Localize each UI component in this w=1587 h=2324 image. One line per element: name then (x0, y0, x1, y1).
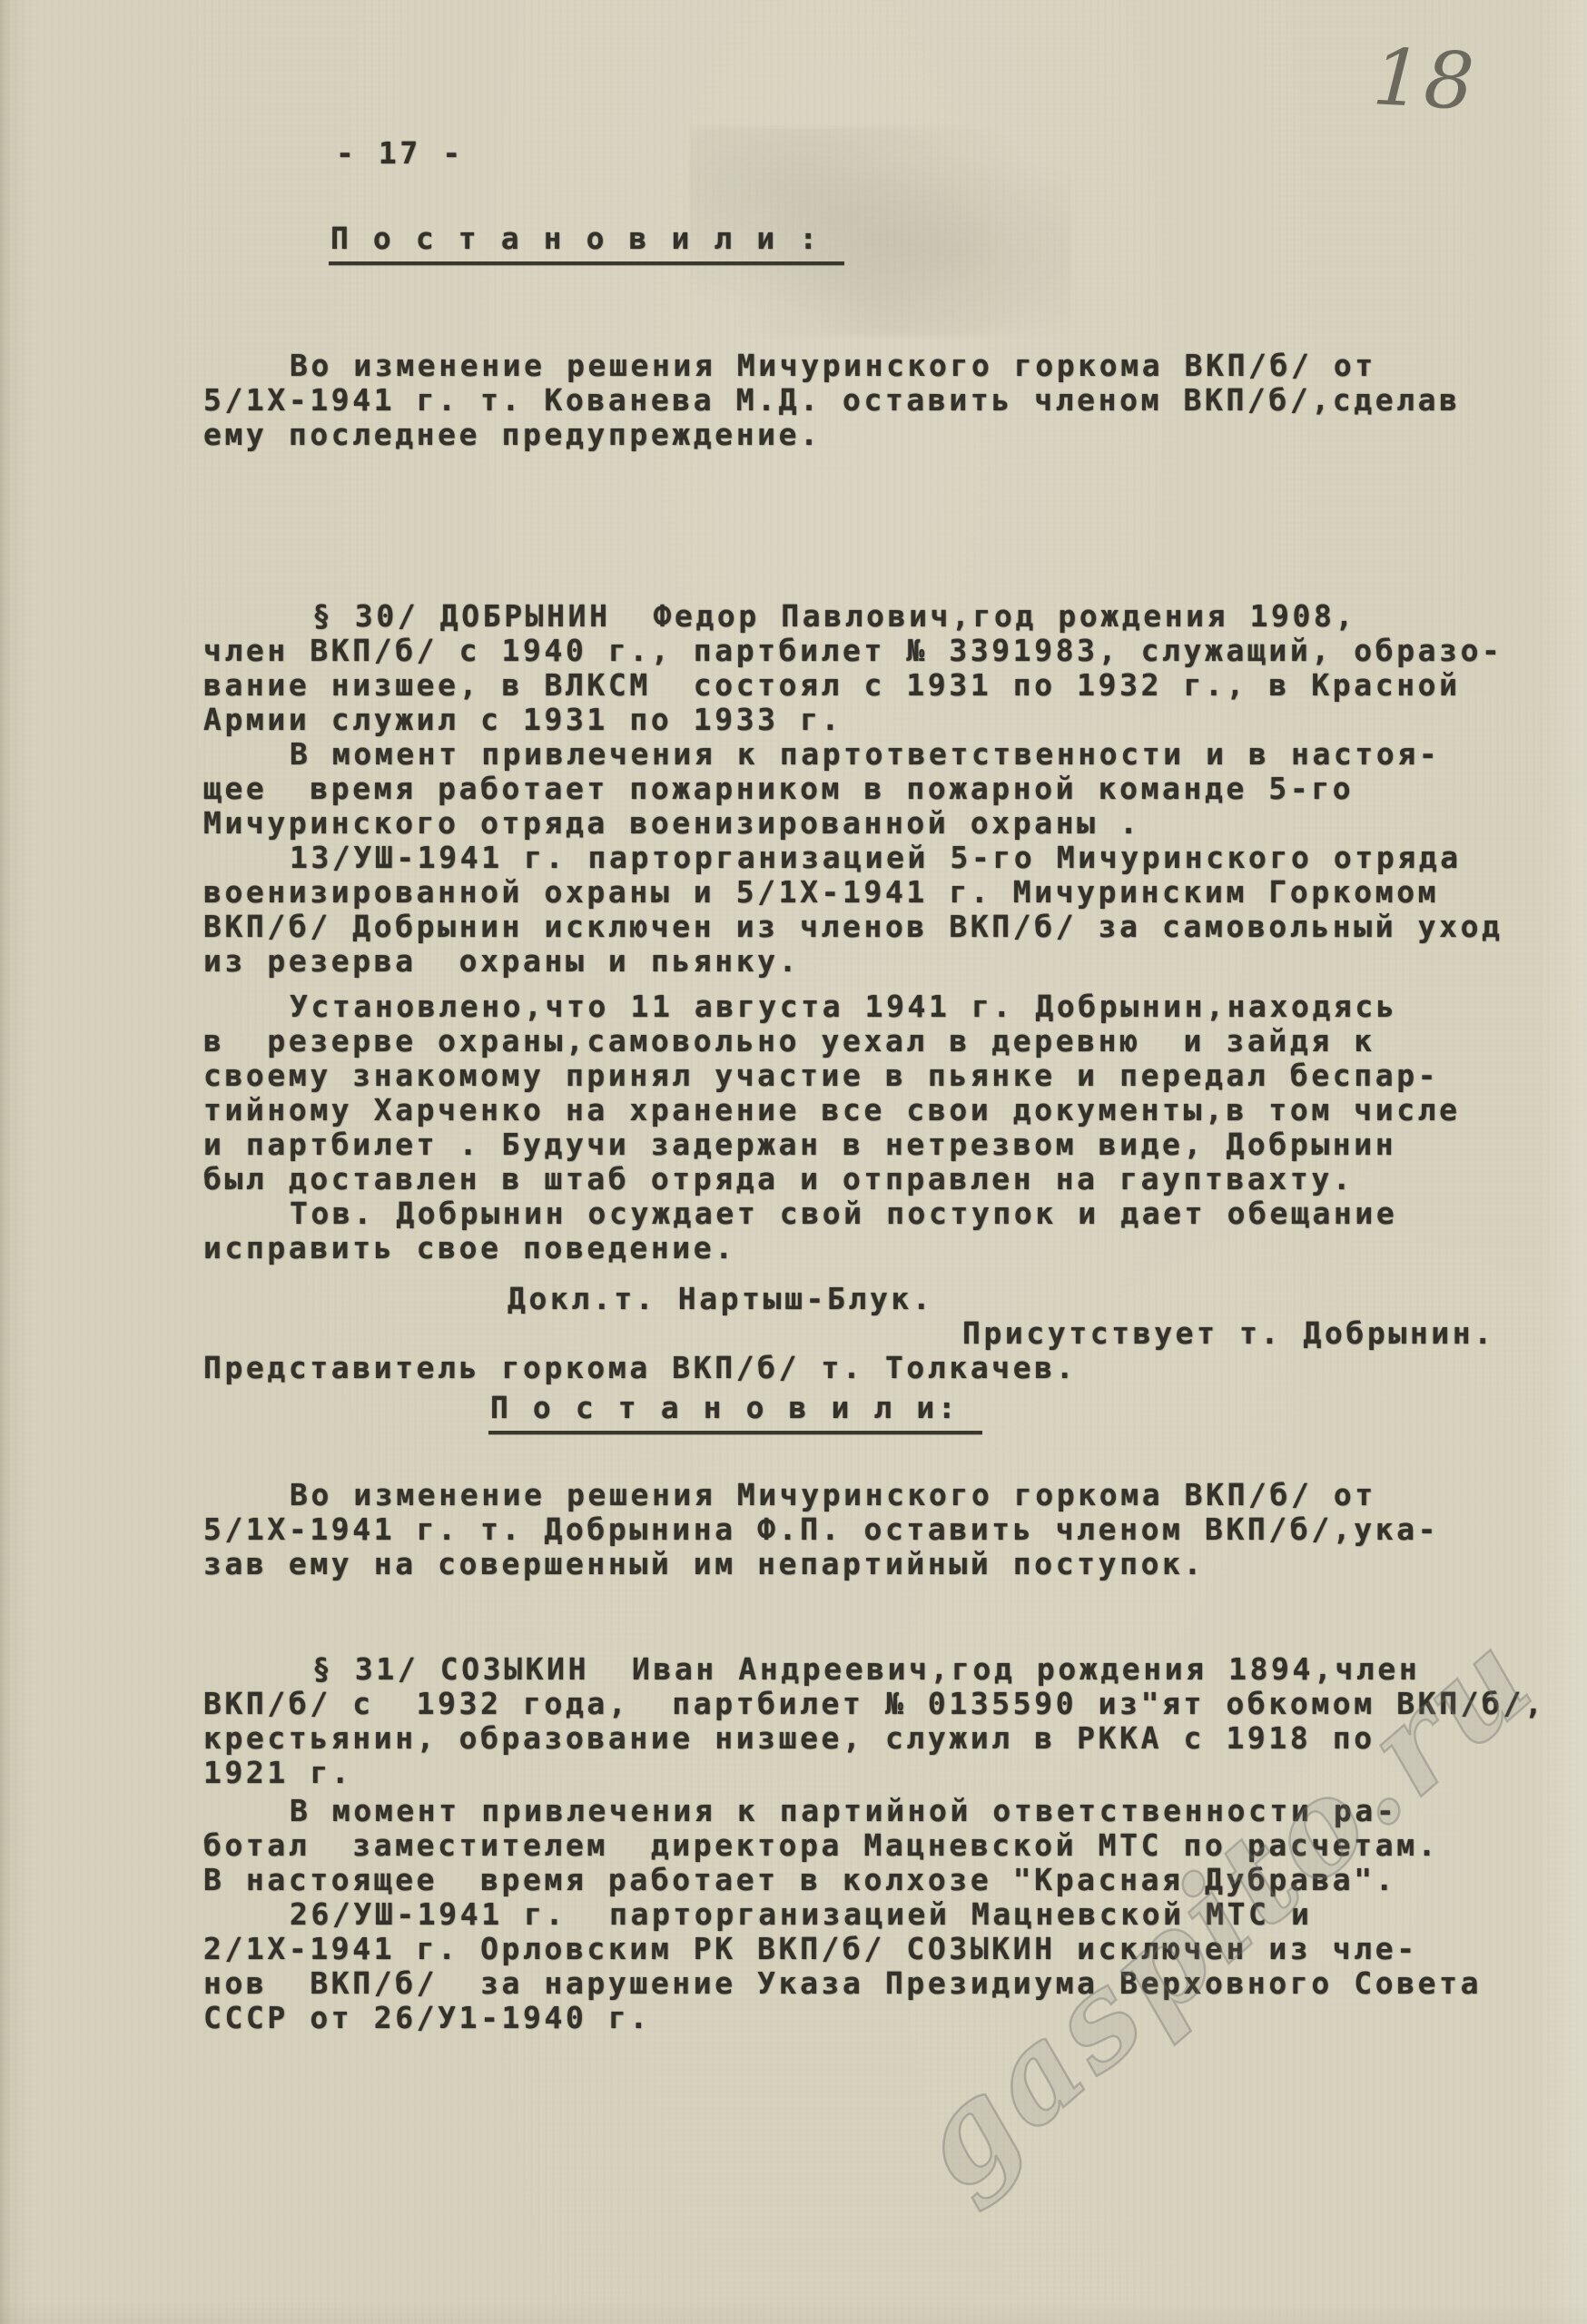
paragraph: § 30/ ДОБРЫНИН Федор Павлович,год рожден… (203, 599, 1551, 737)
text-line: Тов. Добрынин осуждает свой поступок и д… (203, 1196, 1551, 1231)
text-line: В момент привлечения к партответственнос… (203, 737, 1551, 772)
text-line: Во изменение решения Мичуринского горком… (203, 1478, 1551, 1512)
text-line: ВКП/б/ Добрынин исключен из членов ВКП/б… (203, 910, 1551, 944)
text-line: 5/1Х-1941 г. т. Добрынина Ф.П. оставить … (203, 1512, 1551, 1547)
text-line: своему знакомому принял участие в пьянке… (203, 1059, 1551, 1093)
text-line: Присутствует т. Добрынин. (203, 1316, 1551, 1351)
text-line: вание низшее, в ВЛКСМ состоял с 1931 по … (203, 668, 1551, 703)
text-line: член ВКП/б/ с 1940 г., партбилет № 33919… (203, 634, 1551, 668)
text-line: военизированной охраны и 5/1Х-1941 г. Ми… (203, 875, 1551, 910)
text-line: в резерве охраны,самовольно уехал в дере… (203, 1024, 1551, 1059)
paragraph: Установлено,что 11 августа 1941 г. Добры… (203, 990, 1551, 1196)
text-line: Мичуринского отряда военизированной охра… (203, 806, 1551, 841)
section-heading-text: П о с т а н о в и л и: (488, 1391, 982, 1434)
text-line: исправить свое поведение. (203, 1231, 1551, 1265)
paragraph: В момент привлечения к партответственнос… (203, 737, 1551, 841)
section-heading-text: П о с т а н о в и л и : (329, 222, 844, 265)
paragraph: Тов. Добрынин осуждает свой поступок и д… (203, 1196, 1551, 1265)
scanned-document-page: 18 - 17 -П о с т а н о в и л и :Во измен… (0, 0, 1587, 2324)
text-line: был доставлен в штаб отряда и отправлен … (203, 1162, 1551, 1196)
text-line: ему последнее предупреждение. (203, 418, 1551, 452)
text-line: и партбилет . Будучи задержан в нетрезво… (203, 1128, 1551, 1162)
text-line: Докл.т. Нартыш-Блук. (203, 1282, 1551, 1316)
text-line: 13/УШ-1941 г. парторганизацией 5-го Мичу… (203, 841, 1551, 875)
text-line: из резерва охраны и пьянку. (203, 944, 1551, 979)
text-line: Армии служил с 1931 по 1933 г. (203, 703, 1551, 737)
text-line: нов ВКП/б/ за нарушение Указа Президиума… (203, 1966, 1551, 2001)
text-line: 2/1Х-1941 г. Орловским РК ВКП/б/ СОЗЫКИН… (203, 1932, 1551, 1966)
paragraph: Во изменение решения Мичуринского горком… (203, 349, 1551, 452)
text-line: Во изменение решения Мичуринского горком… (203, 349, 1551, 383)
paragraph: Во изменение решения Мичуринского горком… (203, 1478, 1551, 1581)
text-line: Установлено,что 11 августа 1941 г. Добры… (203, 990, 1551, 1024)
paragraph: Докл.т. Нартыш-Блук.Присутствует т. Добр… (203, 1282, 1551, 1385)
text-line: 5/1Х-1941 г. т. Кованева М.Д. оставить ч… (203, 383, 1551, 418)
text-line: § 31/ СОЗЫКИН Иван Андреевич,год рождени… (203, 1652, 1551, 1687)
text-line: СССР от 26/У1-1940 г. (203, 2001, 1551, 2035)
text-line: § 30/ ДОБРЫНИН Федор Павлович,год рожден… (203, 599, 1551, 634)
text-line: зав ему на совершенный им непартийный по… (203, 1547, 1551, 1581)
paragraph: 26/УШ-1941 г. парторганизацией Мацневско… (203, 1897, 1551, 2035)
page-number: - 17 - (203, 136, 1551, 171)
paragraph: 13/УШ-1941 г. парторганизацией 5-го Мичу… (203, 841, 1551, 979)
text-line: 26/УШ-1941 г. парторганизацией Мацневско… (203, 1897, 1551, 1932)
section-heading: П о с т а н о в и л и : (203, 222, 1551, 265)
text-line: - 17 - (203, 136, 1551, 171)
text-line: тийному Харченко на хранение все свои до… (203, 1093, 1551, 1128)
section-heading: П о с т а н о в и л и: (203, 1391, 1551, 1434)
text-line: Представитель горкома ВКП/б/ т. Толкачев… (203, 1351, 1551, 1385)
text-line: щее время работает пожарником в пожарной… (203, 772, 1551, 806)
